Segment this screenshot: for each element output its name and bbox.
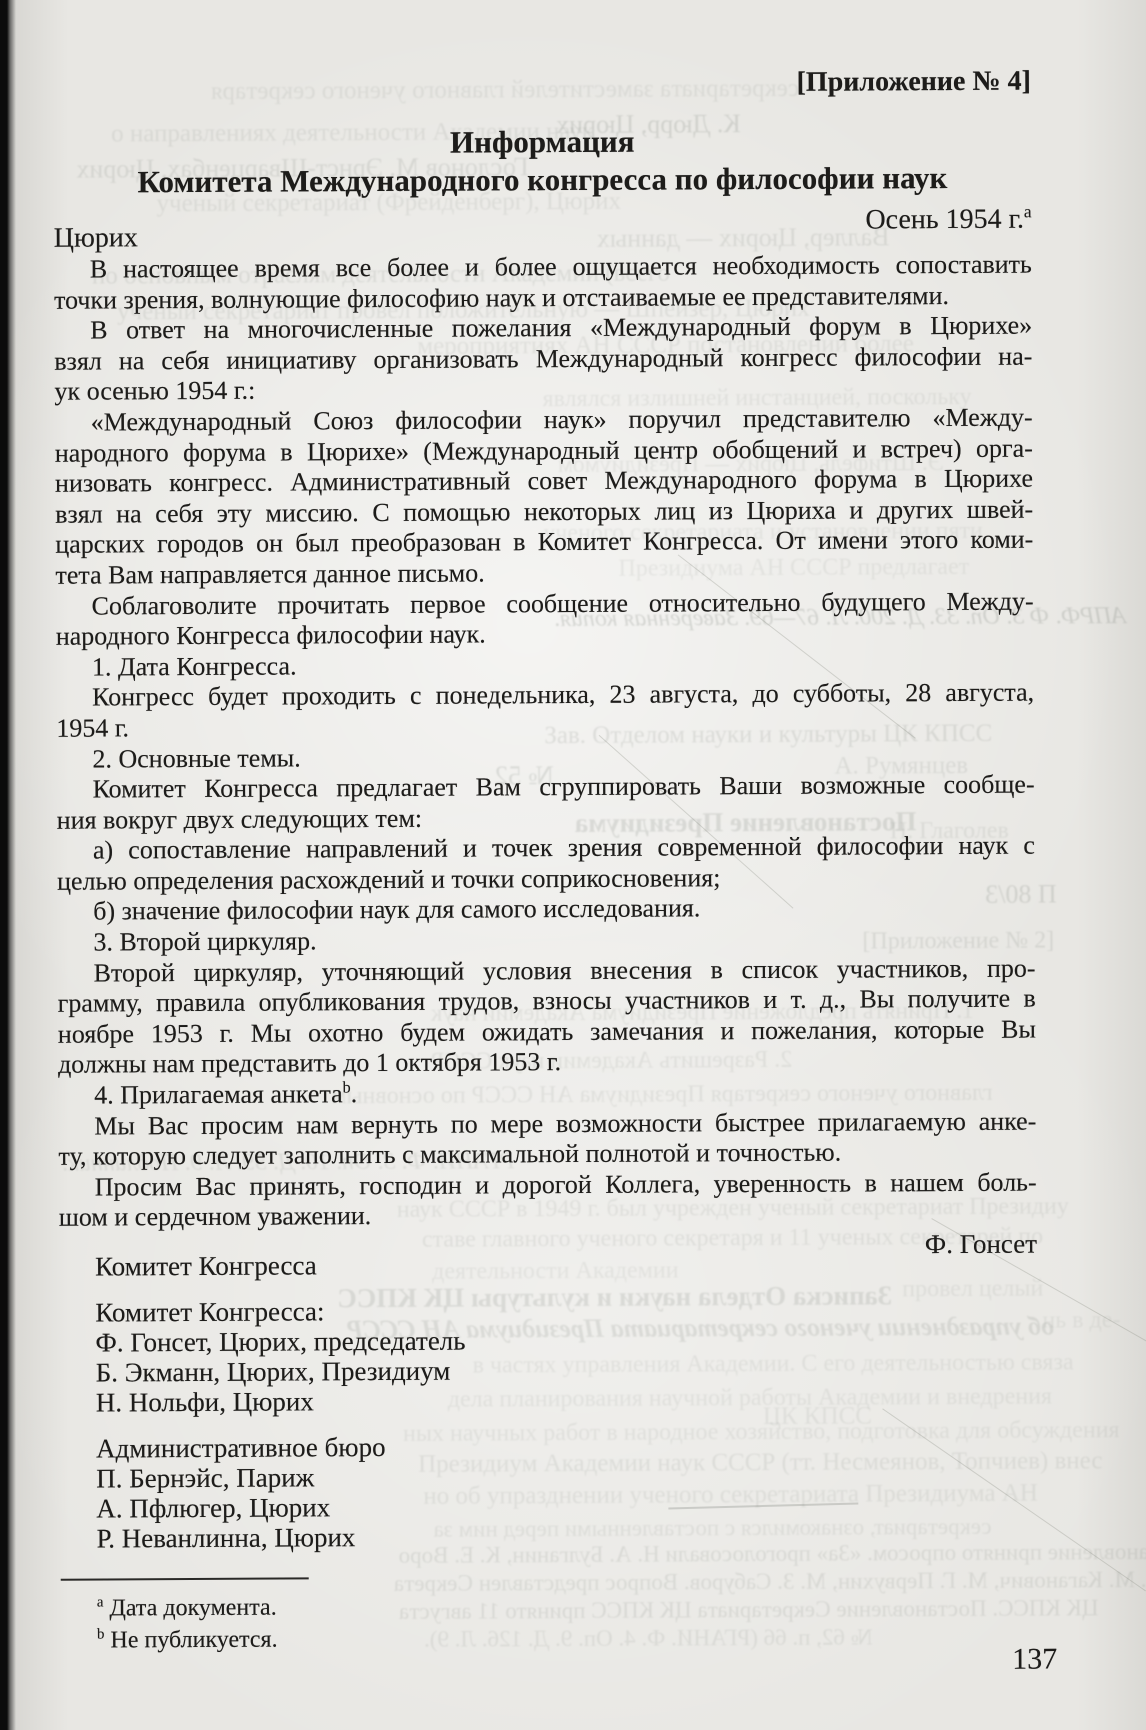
- letter-line: должны нам представить до 1 октября 1953…: [58, 1045, 1036, 1081]
- letter-line: Второй циркуляр, уточняющий условия внес…: [57, 953, 1035, 989]
- book-gutter-shadow: [0, 0, 16, 1730]
- letter-line: взял на себя инициативу организовать Меж…: [54, 341, 1032, 377]
- committee-block: Комитет Конгресса:Ф. Гонсет, Цюрих, пред…: [59, 1292, 1074, 1553]
- letter-line: 4. Прилагаемая анкетаb.: [58, 1076, 1036, 1112]
- footnote: a Дата документа.: [97, 1587, 1075, 1624]
- letter-line: Просим Вас принять, господин и дорогой К…: [59, 1167, 1037, 1203]
- letter-line: народного Конгресса философии наук.: [56, 617, 1034, 653]
- document-place: Цюрих: [54, 218, 1032, 255]
- letter-line: грамму, правила опубликования трудов, вз…: [58, 984, 1036, 1020]
- letter-line: народного форума в Цюрихе» (Международны…: [55, 433, 1033, 469]
- signature-org: Комитет Конгресса: [59, 1246, 1073, 1282]
- letter-line: Соблаговолите прочитать первое сообщение…: [56, 586, 1034, 622]
- letter-line: ноябре 1953 г. Мы охотно будем ожидать з…: [58, 1014, 1036, 1050]
- letter-line: точки зрения, волнующие философию наук и…: [54, 280, 1032, 316]
- letter-line: 2. Основные темы.: [56, 739, 1034, 775]
- footnote-separator: [61, 1577, 309, 1580]
- document-title: Информация: [53, 122, 1031, 163]
- letter-body: В настоящее время все более и более ощущ…: [54, 250, 1037, 1234]
- letter-line: взял на себя эту миссию. С помощью некот…: [55, 494, 1033, 530]
- letter-line: ния вокруг двух следующих тем:: [57, 800, 1035, 836]
- letter-line: Мы Вас просим нам вернуть по мере возмож…: [58, 1106, 1036, 1142]
- letter-line: 3. Второй циркуляр.: [57, 923, 1035, 959]
- letter-line: царских городов он был преобразован в Ко…: [55, 525, 1033, 561]
- letter-line: ук осенью 1954 г.:: [54, 372, 1032, 408]
- letter-line: В ответ на многочисленные пожелания «Меж…: [54, 311, 1032, 347]
- letter-line: В настоящее время все более и более ощущ…: [54, 250, 1032, 286]
- letter-line: «Международный Союз философии наук» пору…: [55, 403, 1033, 439]
- bureau-member: Р. Неванлинна, Цюрих: [96, 1518, 1074, 1553]
- scanned-book-page: секретариата заместителей главного учено…: [0, 0, 1146, 1730]
- letter-line: 1. Дата Конгресса.: [56, 647, 1034, 683]
- letter-line: тета Вам направляется данное письмо.: [55, 556, 1033, 592]
- appendix-label: [Приложение № 4]: [53, 66, 1031, 103]
- scan-content: секретариата заместителей главного учено…: [0, 0, 1146, 1730]
- footnotes-block: a Дата документа.b Не публикуется.: [61, 1587, 1075, 1656]
- letter-line: а) сопоставление направлений и точек зре…: [57, 831, 1035, 867]
- letter-line: низовать конгресс. Административный сове…: [55, 464, 1033, 500]
- letter-line: Комитет Конгресса предлагает Вам сгруппи…: [57, 770, 1035, 806]
- page-number: 137: [1012, 1642, 1057, 1676]
- letter-line: ту, которую следует заполнить с максимал…: [58, 1137, 1036, 1173]
- document-subtitle: Комитета Международного конгресса по фил…: [53, 160, 1031, 201]
- footnote: b Не публикуется.: [97, 1619, 1075, 1656]
- letter-line: Конгресс будет проходить с понедельника,…: [56, 678, 1034, 714]
- letter-line: 1954 г.: [56, 708, 1034, 744]
- letter-line: шом и сердечном уважении.: [59, 1198, 1037, 1234]
